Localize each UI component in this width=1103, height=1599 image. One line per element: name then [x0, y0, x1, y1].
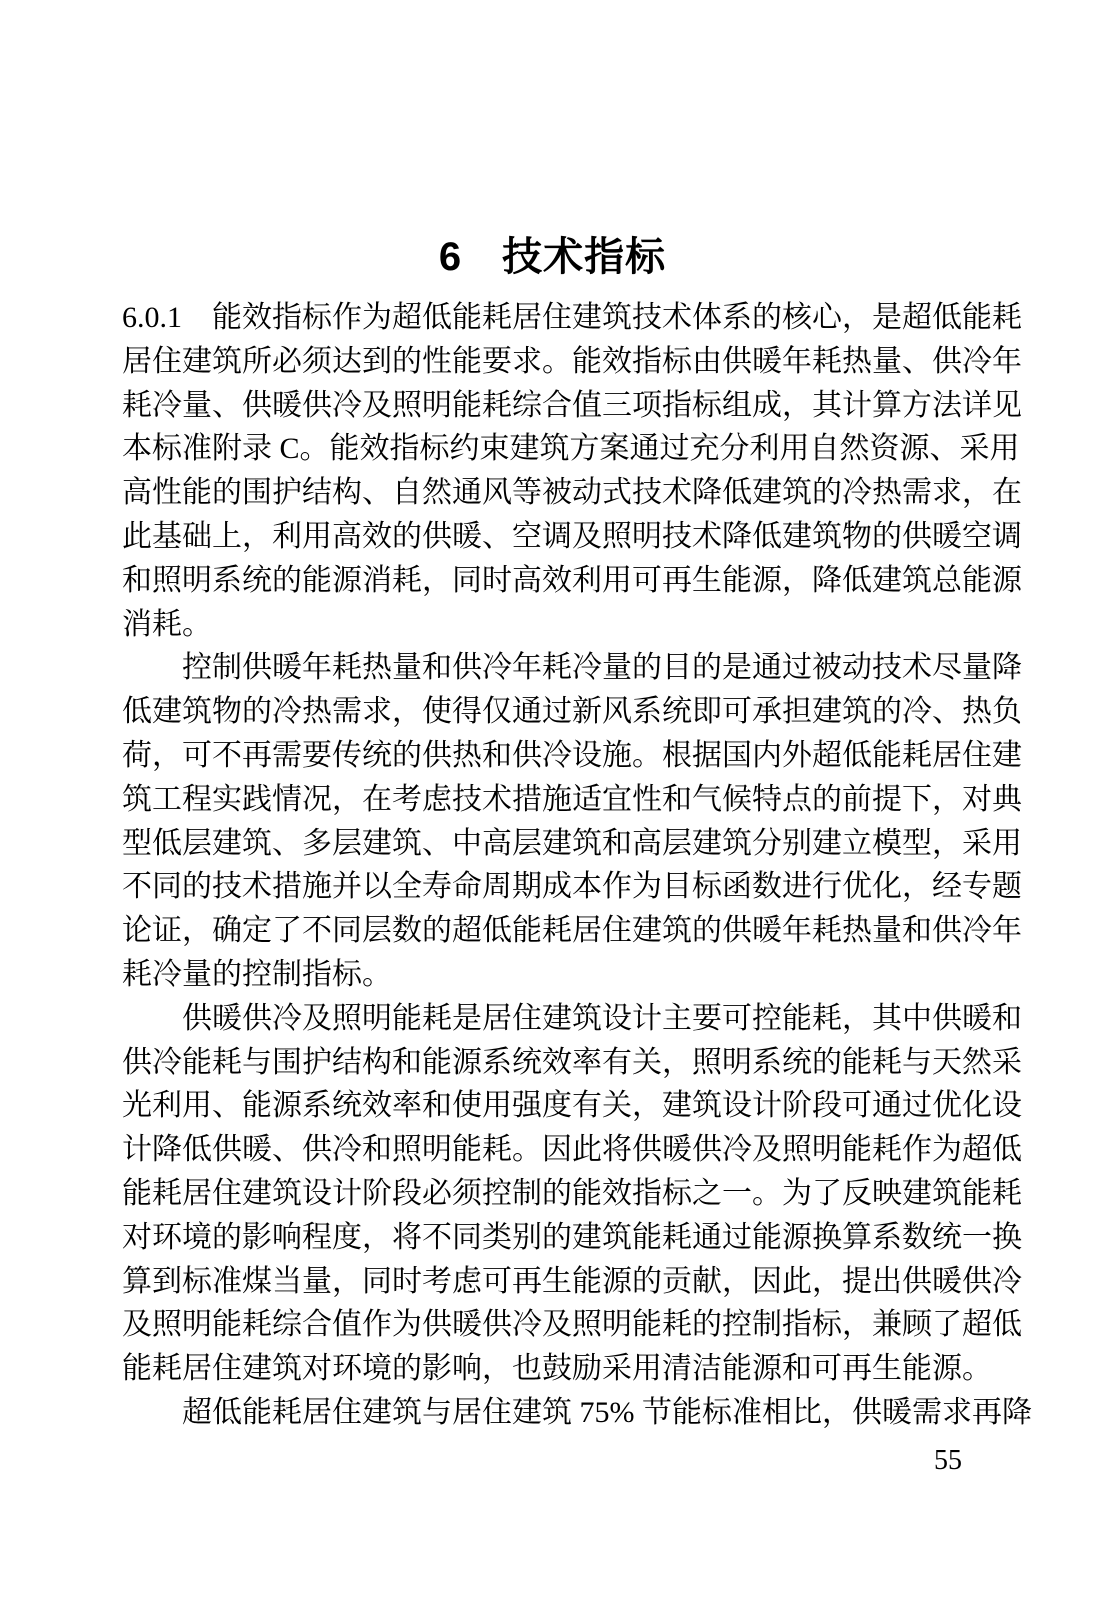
text-line: 消耗。	[122, 603, 983, 647]
text-line: 计降低供暖、供冷和照明能耗。因此将供暖供冷及照明能耗作为超低	[122, 1128, 983, 1172]
text-line: 低建筑物的冷热需求，使得仅通过新风系统即可承担建筑的冷、热负	[122, 690, 983, 734]
text-line: 光利用、能源系统效率和使用强度有关，建筑设计阶段可通过优化设	[122, 1084, 983, 1128]
text-line: 耗冷量、供暖供冷及照明能耗综合值三项指标组成，其计算方法详见	[122, 384, 983, 428]
paragraph: 超低能耗居住建筑与居住建筑 75% 节能标准相比，供暖需求再降	[122, 1391, 983, 1435]
text-line: 算到标准煤当量，同时考虑可再生能源的贡献，因此，提出供暖供冷	[122, 1260, 983, 1304]
text-line: 筑工程实践情况，在考虑技术措施适宜性和气候特点的前提下，对典	[122, 778, 983, 822]
text-line: 荷，可不再需要传统的供热和供冷设施。根据国内外超低能耗居住建	[122, 734, 983, 778]
text-line: 能耗居住建筑对环境的影响，也鼓励采用清洁能源和可再生能源。	[122, 1347, 983, 1391]
text-line: 此基础上，利用高效的供暖、空调及照明技术降低建筑物的供暖空调	[122, 515, 983, 559]
text-line: 对环境的影响程度，将不同类别的建筑能耗通过能源换算系数统一换	[122, 1216, 983, 1260]
text-line: 控制供暖年耗热量和供冷年耗冷量的目的是通过被动技术尽量降	[122, 646, 983, 690]
text-line: 居住建筑所必须达到的性能要求。能效指标由供暖年耗热量、供冷年	[122, 340, 983, 384]
text-line: 供暖供冷及照明能耗是居住建筑设计主要可控能耗，其中供暖和	[122, 997, 983, 1041]
page-number: 55	[934, 1444, 962, 1478]
text-line: 型低层建筑、多层建筑、中高层建筑和高层建筑分别建立模型，采用	[122, 822, 983, 866]
text-line: 高性能的围护结构、自然通风等被动式技术降低建筑的冷热需求，在	[122, 471, 983, 515]
chapter-title-text: 技术指标	[502, 235, 666, 279]
text-line: 和照明系统的能源消耗，同时高效利用可再生能源，降低建筑总能源	[122, 559, 983, 603]
text-line: 超低能耗居住建筑与居住建筑 75% 节能标准相比，供暖需求再降	[122, 1391, 983, 1435]
text-line: 供冷能耗与围护结构和能源系统效率有关，照明系统的能耗与天然采	[122, 1041, 983, 1085]
text-line: 论证，确定了不同层数的超低能耗居住建筑的供暖年耗热量和供冷年	[122, 909, 983, 953]
paragraph: 6.0.1 能效指标作为超低能耗居住建筑技术体系的核心，是超低能耗居住建筑所必须…	[122, 296, 983, 646]
text-line: 6.0.1 能效指标作为超低能耗居住建筑技术体系的核心，是超低能耗	[122, 296, 983, 340]
text-line: 本标准附录 C。能效指标约束建筑方案通过充分利用自然资源、采用	[122, 427, 983, 471]
text-line: 能耗居住建筑设计阶段必须控制的能效指标之一。为了反映建筑能耗	[122, 1172, 983, 1216]
document-body: 6.0.1 能效指标作为超低能耗居住建筑技术体系的核心，是超低能耗居住建筑所必须…	[122, 296, 983, 1435]
document-page: 6技术指标 6.0.1 能效指标作为超低能耗居住建筑技术体系的核心，是超低能耗居…	[0, 0, 1103, 1599]
paragraph: 控制供暖年耗热量和供冷年耗冷量的目的是通过被动技术尽量降低建筑物的冷热需求，使得…	[122, 646, 983, 996]
chapter-title: 6技术指标	[122, 233, 983, 281]
paragraph: 供暖供冷及照明能耗是居住建筑设计主要可控能耗，其中供暖和供冷能耗与围护结构和能源…	[122, 997, 983, 1391]
text-line: 及照明能耗综合值作为供暖供冷及照明能耗的控制指标，兼顾了超低	[122, 1303, 983, 1347]
text-line: 耗冷量的控制指标。	[122, 953, 983, 997]
text-line: 不同的技术措施并以全寿命周期成本作为目标函数进行优化，经专题	[122, 865, 983, 909]
chapter-number: 6	[439, 235, 462, 279]
